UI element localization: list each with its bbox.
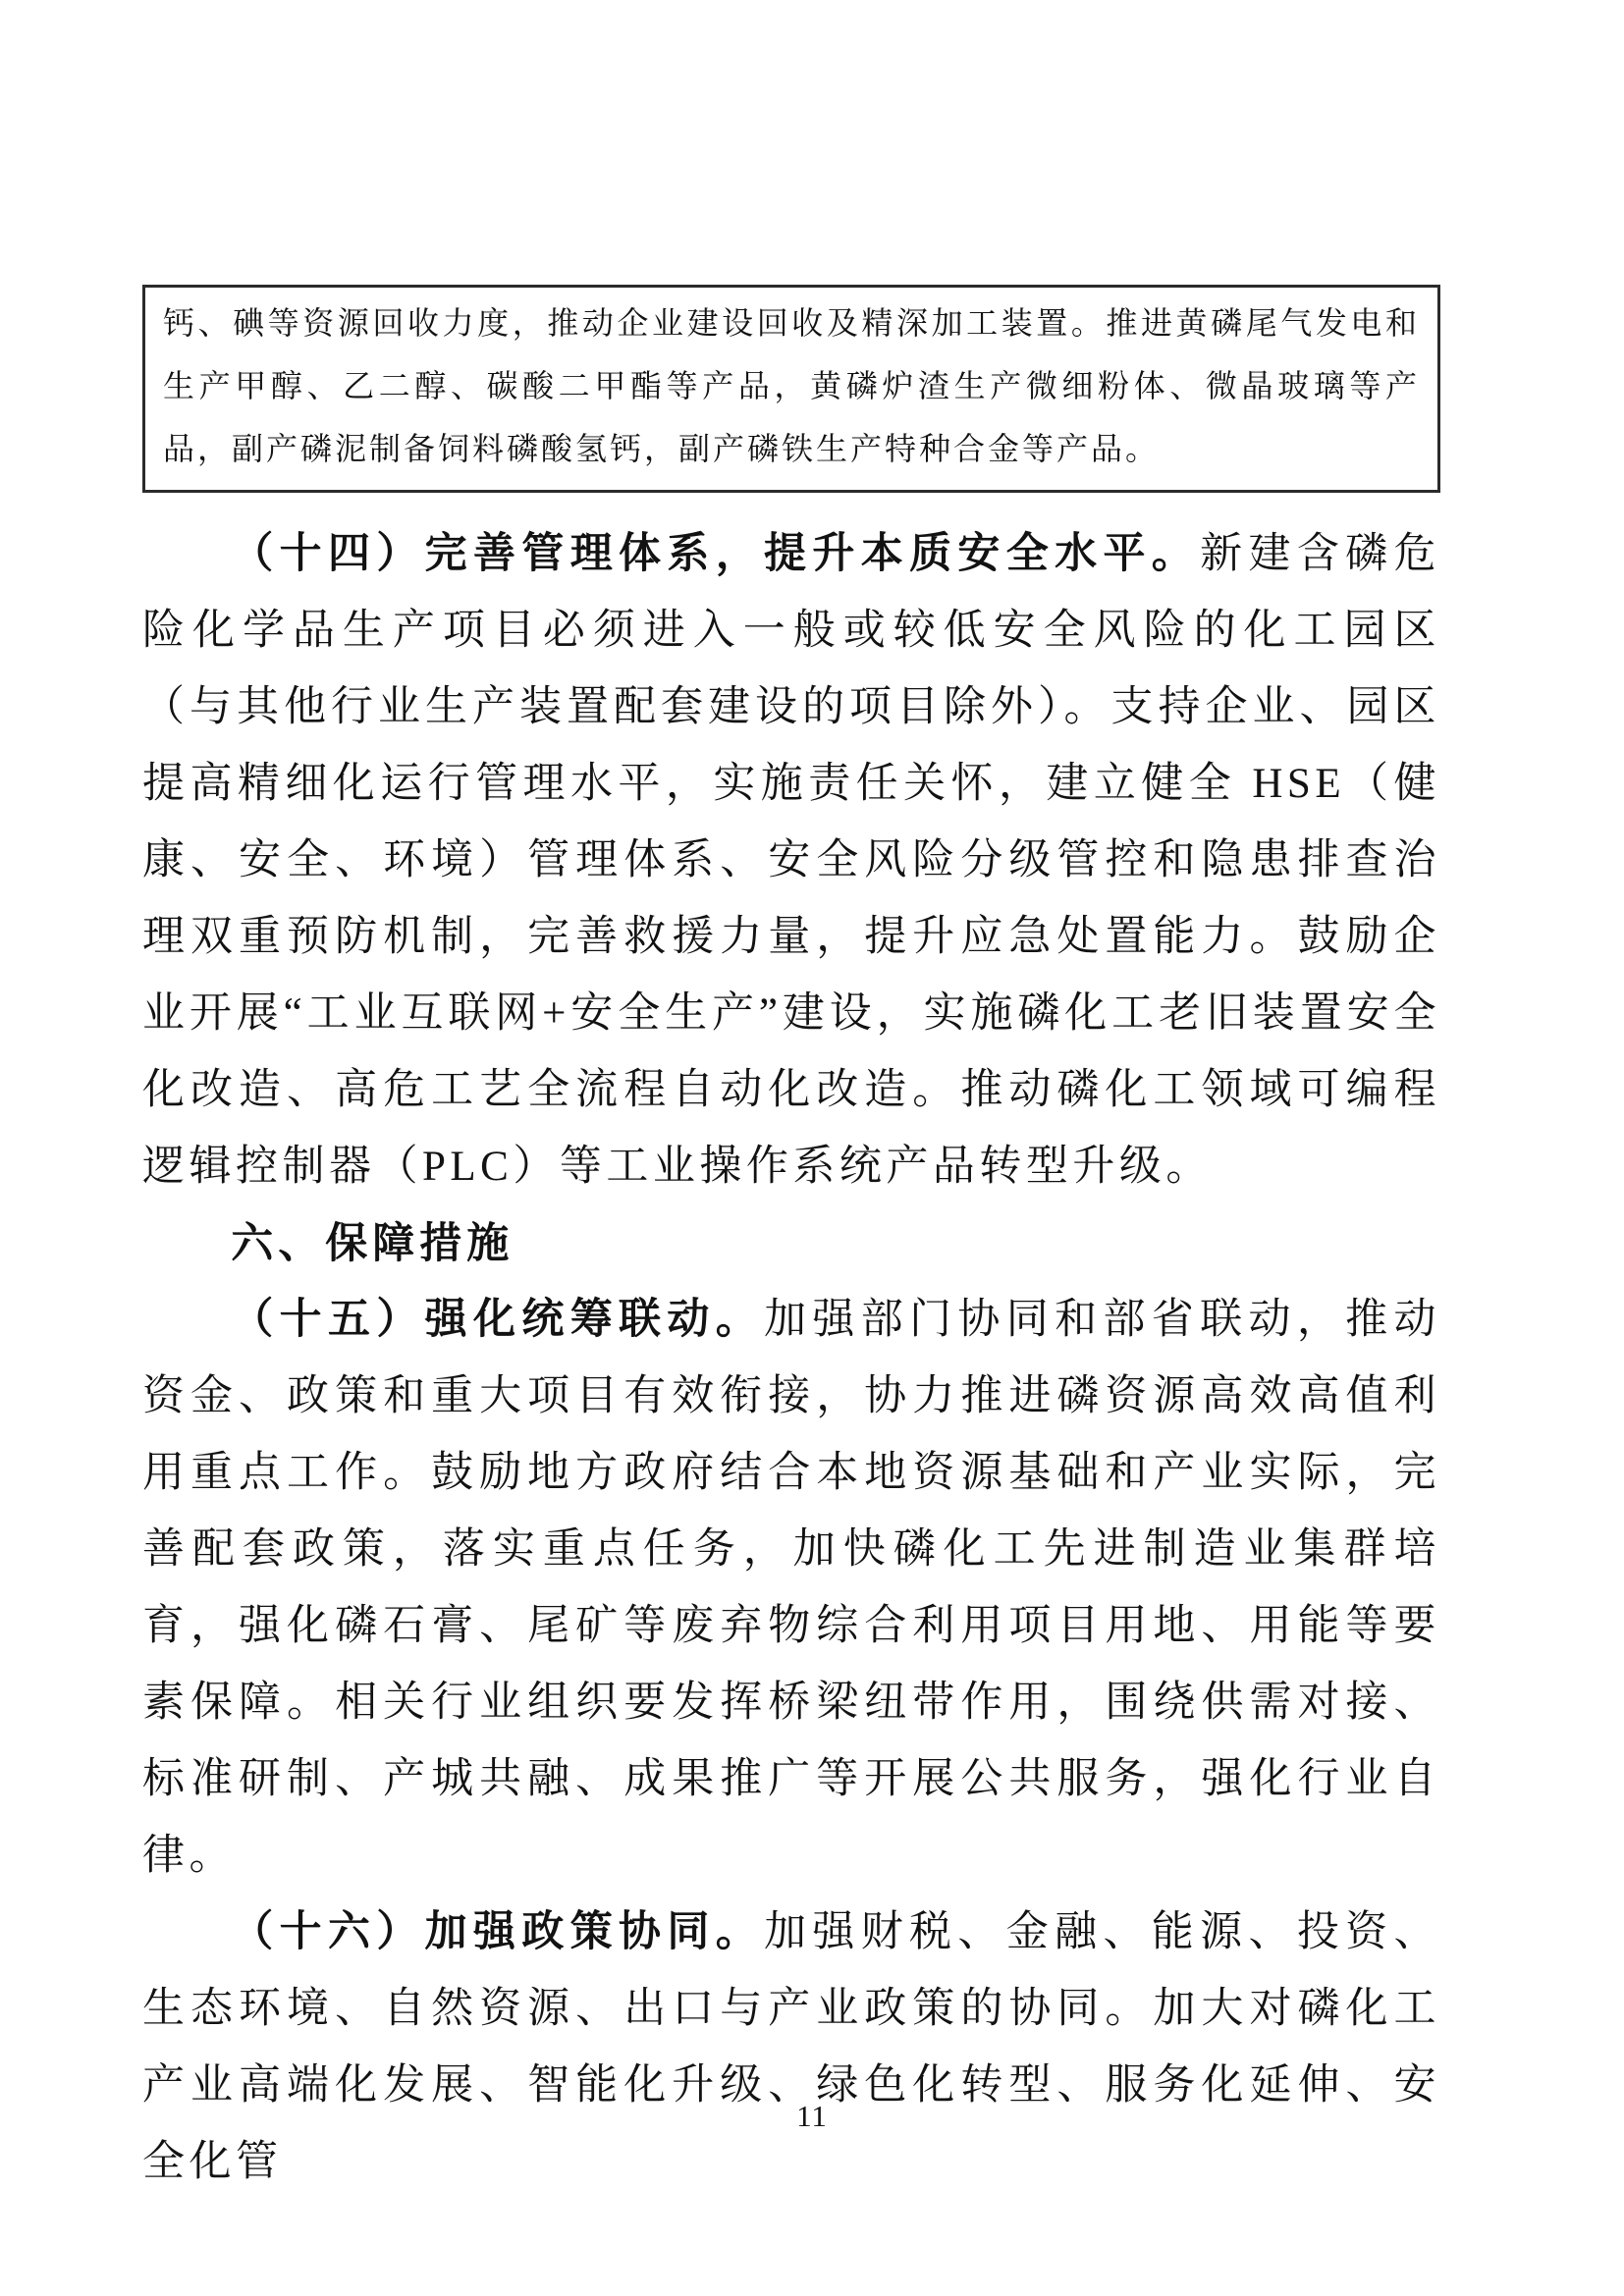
paragraph-16-lead: （十六）加强政策协同。 [231, 1909, 764, 1955]
paragraph-16: （十六）加强政策协同。加强财税、金融、能源、投资、生态环境、自然资源、出口与产业… [142, 1895, 1440, 2201]
paragraph-14-lead: （十四）完善管理体系，提升本质安全水平。 [231, 531, 1200, 577]
paragraph-15-lead: （十五）强化统筹联动。 [231, 1297, 764, 1343]
paragraph-15: （十五）强化统筹联动。加强部门协同和部省联动，推动资金、政策和重大项目有效衔接，… [142, 1282, 1440, 1895]
paragraph-14-body: 新建含磷危险化学品生产项目必须进入一般或较低安全风险的化工园区（与其他行业生产装… [142, 531, 1440, 1190]
paragraph-14: （十四）完善管理体系，提升本质安全水平。新建含磷危险化学品生产项目必须进入一般或… [142, 516, 1440, 1205]
body-text: （十四）完善管理体系，提升本质安全水平。新建含磷危险化学品生产项目必须进入一般或… [142, 516, 1440, 2201]
paragraph-15-body: 加强部门协同和部省联动，推动资金、政策和重大项目有效衔接，协力推进磷资源高效高值… [142, 1297, 1440, 1879]
page-number: 11 [0, 2099, 1624, 2134]
callout-box: 钙、碘等资源回收力度，推动企业建设回收及精深加工装置。推进黄磷尾气发电和生产甲醇… [142, 285, 1440, 493]
section-heading: 六、保障措施 [142, 1205, 1440, 1282]
document-page: 钙、碘等资源回收力度，推动企业建设回收及精深加工装置。推进黄磷尾气发电和生产甲醇… [0, 0, 1624, 2296]
callout-box-text: 钙、碘等资源回收力度，推动企业建设回收及精深加工装置。推进黄磷尾气发电和生产甲醇… [163, 305, 1420, 466]
page-content: 钙、碘等资源回收力度，推动企业建设回收及精深加工装置。推进黄磷尾气发电和生产甲醇… [142, 285, 1440, 2201]
